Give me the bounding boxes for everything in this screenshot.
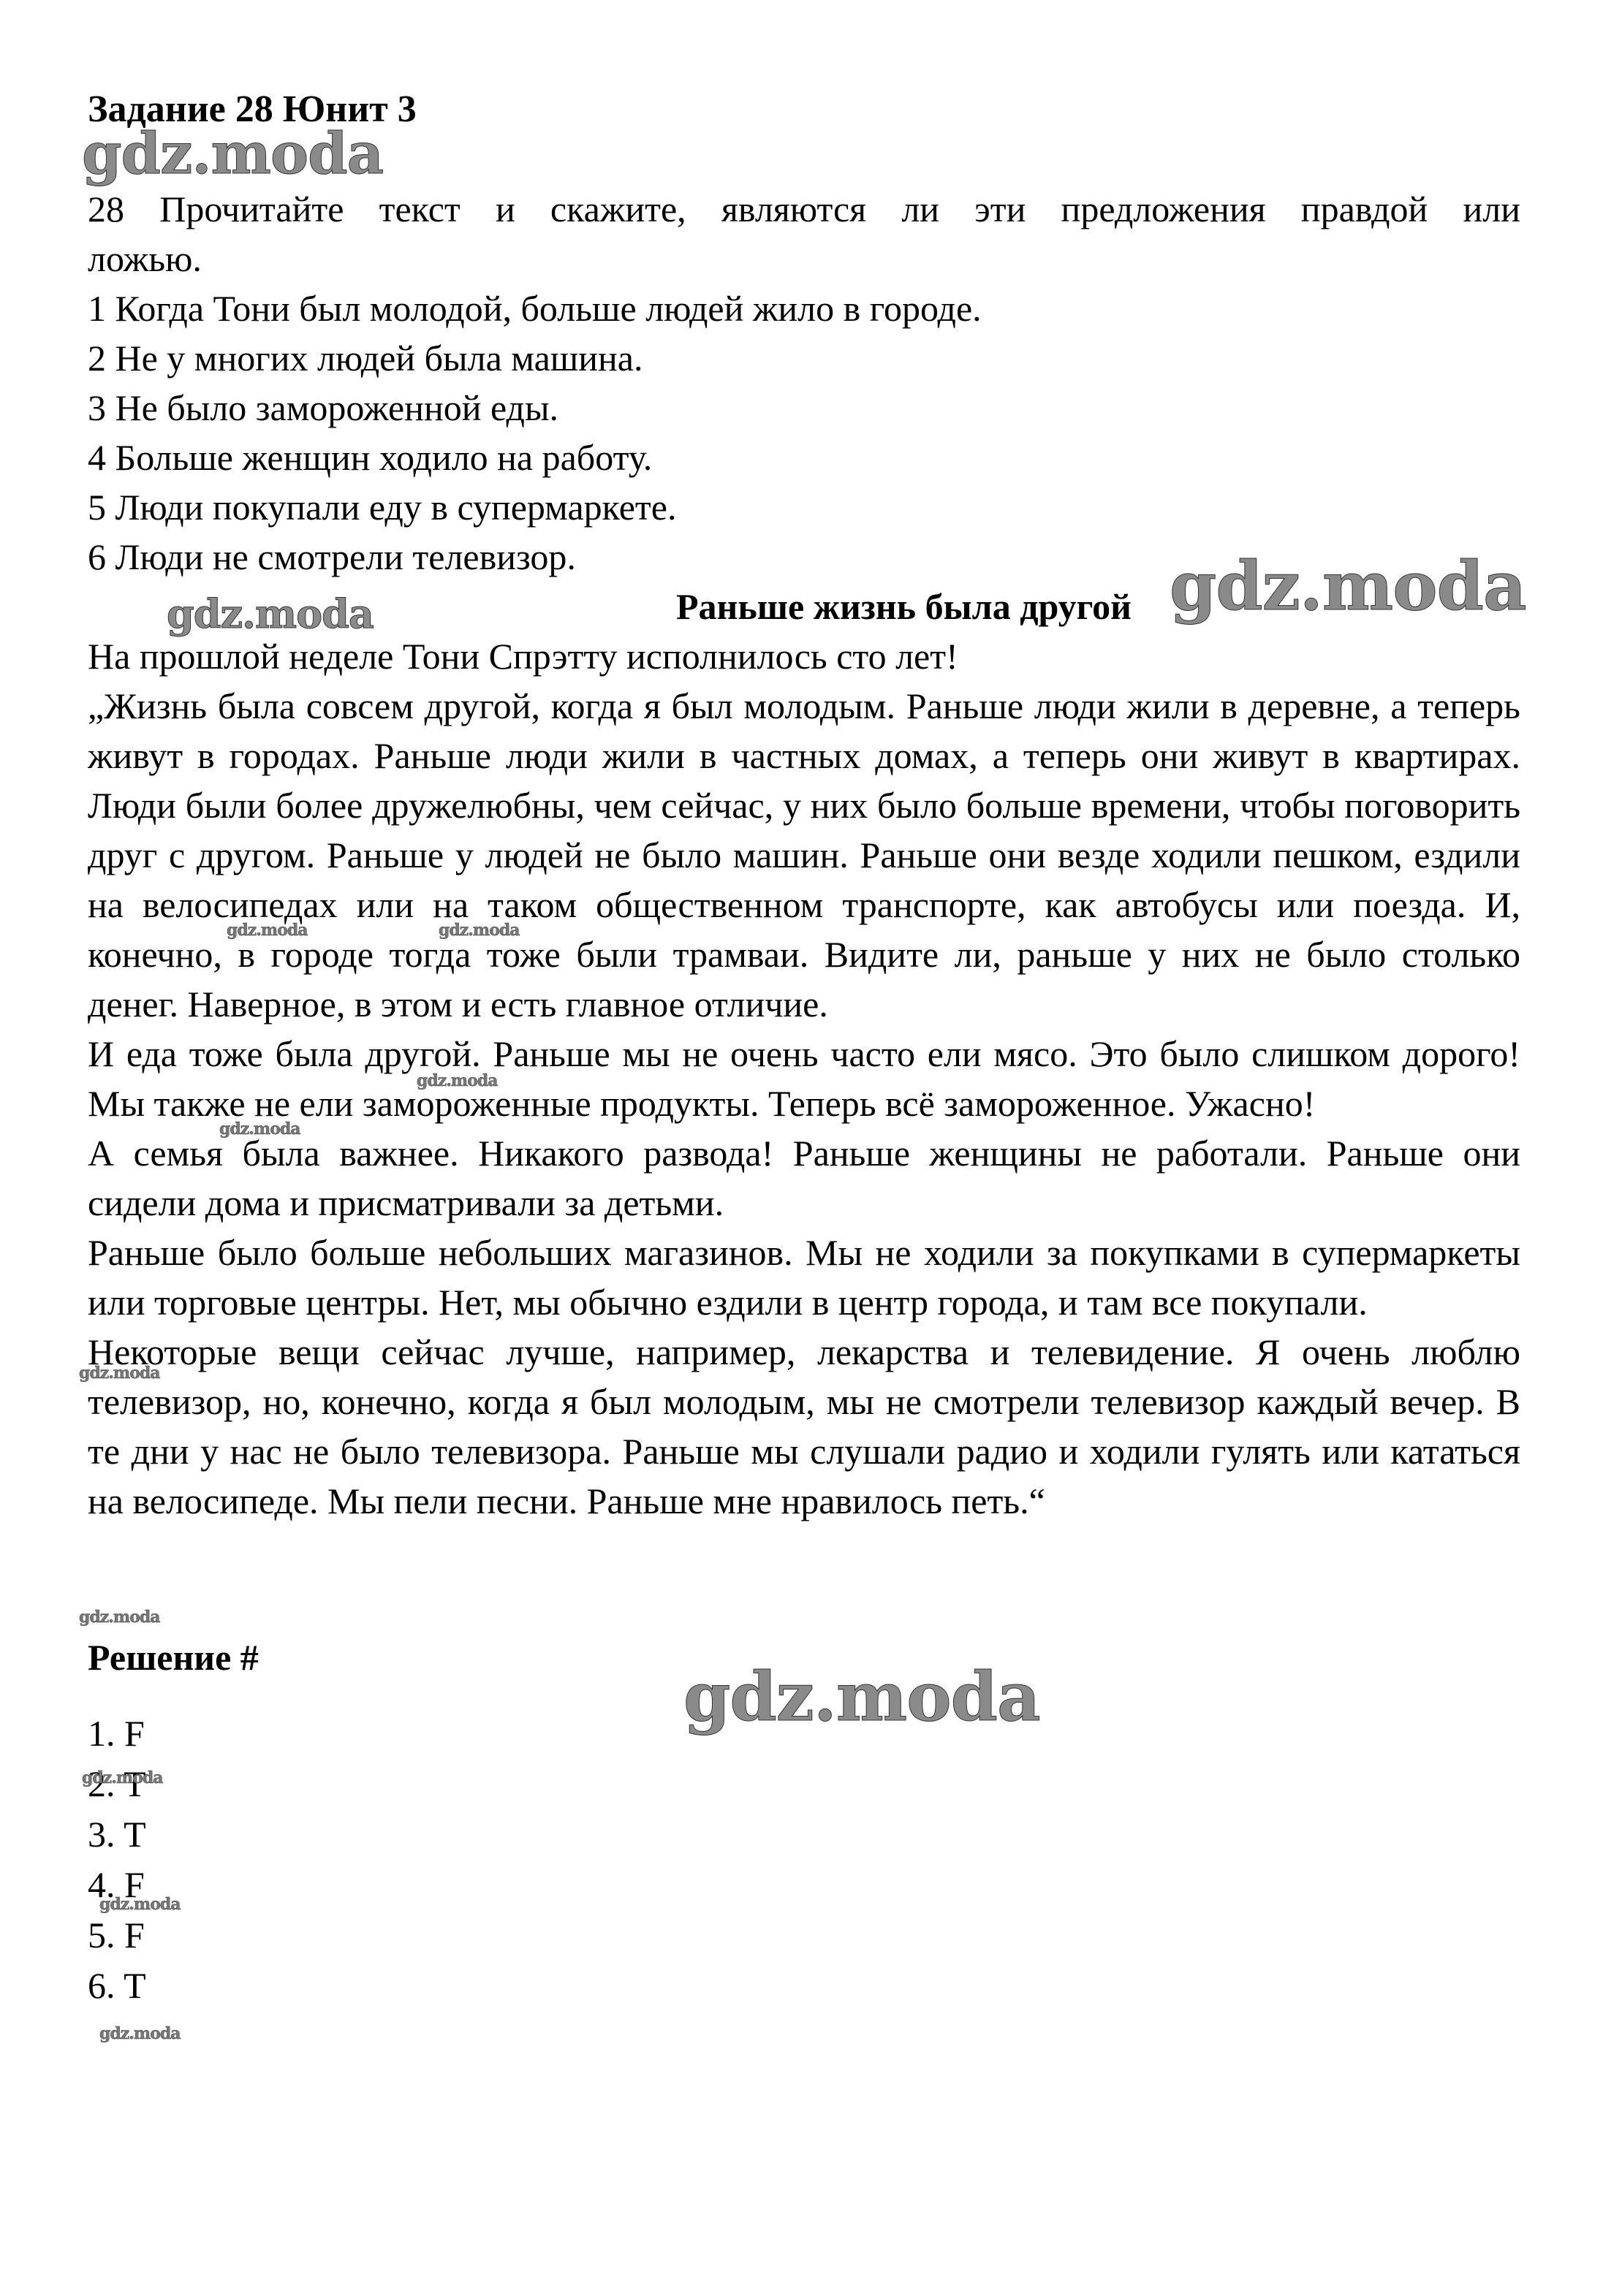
answers-list: 1. F 2. T 3. T 4. F 5. F 6. T — [88, 1708, 1520, 2011]
answer-item: 4. F — [88, 1860, 1520, 1910]
document-page: Задание 28 Юнит 3 28 Прочитайте текст и … — [88, 88, 1520, 2011]
answer-item: 3. T — [88, 1809, 1520, 1860]
reading-paragraph: А семья была важнее. Никакого развода! Р… — [88, 1128, 1520, 1228]
section-spacer — [88, 1679, 1520, 1708]
instruction-line: ложью. — [88, 234, 1520, 284]
instruction-line: 28 Прочитайте текст и скажите, являются … — [88, 184, 1520, 234]
answer-item: 6. T — [88, 1961, 1520, 2011]
statement-item: 6 Люди не смотрели телевизор. — [88, 532, 1520, 582]
answer-item: 2. T — [88, 1759, 1520, 1809]
statement-item: 2 Не у многих людей была машина. — [88, 333, 1520, 383]
answer-item: 5. F — [88, 1910, 1520, 1961]
statement-item: 4 Больше женщин ходило на работу. — [88, 433, 1520, 482]
section-spacer — [88, 1526, 1520, 1635]
task-title: Задание 28 Юнит 3 — [88, 88, 1520, 132]
instruction: 28 Прочитайте текст и скажите, являются … — [88, 184, 1520, 284]
statements-list: 1 Когда Тони был молодой, больше людей ж… — [88, 284, 1520, 582]
statement-item: 5 Люди покупали еду в супермаркете. — [88, 482, 1520, 532]
reading-text: На прошлой неделе Тони Спрэтту исполнило… — [88, 631, 1520, 1526]
reading-paragraph: И еда тоже была другой. Раньше мы не оче… — [88, 1029, 1520, 1128]
reading-title: Раньше жизнь была другой — [88, 582, 1520, 631]
reading-intro: На прошлой неделе Тони Спрэтту исполнило… — [88, 631, 1520, 681]
reading-paragraph: „Жизнь была совсем другой, когда я был м… — [88, 681, 1520, 1029]
statement-item: 3 Не было замороженной еды. — [88, 383, 1520, 433]
watermark-logo: gdz.moda — [99, 2024, 181, 2043]
solution-title: Решение # — [88, 1635, 1520, 1679]
watermark-spacer — [88, 132, 1520, 184]
reading-paragraph: Некоторые вещи сейчас лучше, например, л… — [88, 1327, 1520, 1526]
statement-item: 1 Когда Тони был молодой, больше людей ж… — [88, 284, 1520, 333]
answer-item: 1. F — [88, 1708, 1520, 1759]
reading-paragraph: Раньше было больше небольших магазинов. … — [88, 1228, 1520, 1327]
